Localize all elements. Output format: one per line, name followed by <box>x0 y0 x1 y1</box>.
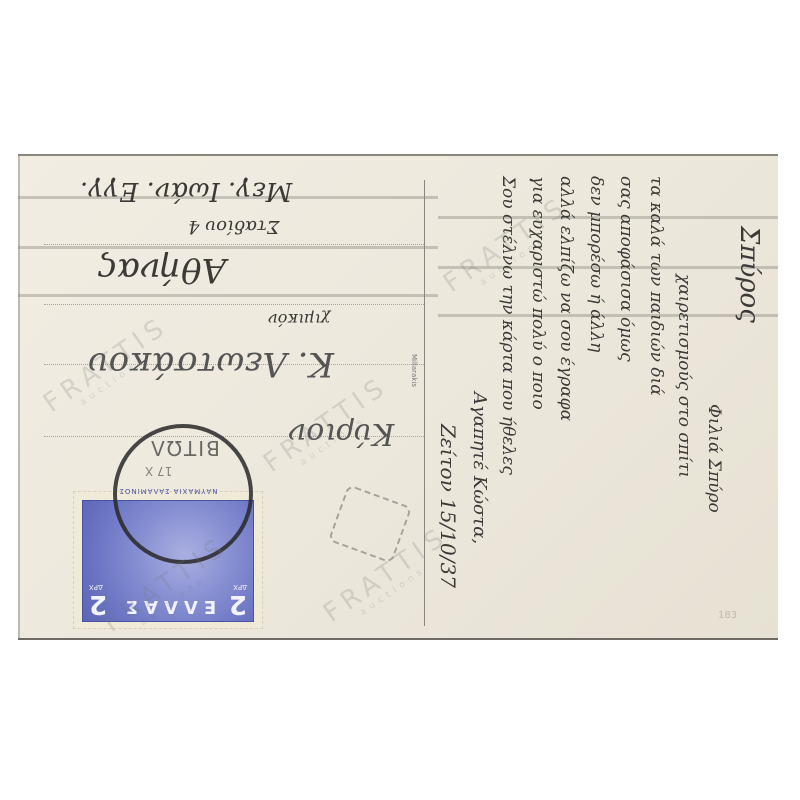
address-line-6: Μεγ. Ιωάν. Εγγ. <box>80 176 292 206</box>
address-line-4: Αθήνας <box>98 250 226 290</box>
machine-cancel-line <box>438 314 778 317</box>
address-line <box>44 244 424 245</box>
postmark-town: ΒΙΤΩΛ <box>149 436 220 460</box>
address-line <box>44 304 424 305</box>
address-line-5: Σταδίου 4 <box>188 216 280 237</box>
message-line: Φιλιά Σπύρο <box>704 404 724 513</box>
address-line-3: χιμικόν <box>268 310 331 329</box>
postmark-date: 17 Χ <box>145 464 172 478</box>
message-line: σας αποφάσισα όμως <box>616 176 636 362</box>
machine-cancel-line <box>18 246 438 249</box>
postmark-circle: ΒΙΤΩΛ 17 Χ <box>113 424 253 564</box>
machine-cancel-line <box>18 294 438 297</box>
postcard-back: Μεγ. Ιωάν. Εγγ. Σταδίου 4 Αθήνας χιμικόν… <box>18 154 778 640</box>
message-line: Αγαπητέ Κώστα, <box>469 392 490 544</box>
message-line: τα καλά των παιδιών διά <box>646 176 666 396</box>
message-signature: Σπύρος <box>734 226 764 323</box>
publisher-mark: Millarakis <box>410 354 418 387</box>
message-line: χαιρετισμούς στο σπίτι <box>674 274 694 478</box>
stamp-unit-right: ΔΡΧ <box>89 583 103 591</box>
message-line: δεν μπορέσω ή άλλη <box>586 176 606 352</box>
machine-cancel-line <box>438 216 778 219</box>
stamp-unit-left: ΔΡΧ <box>233 583 247 591</box>
edge-mark: 183 <box>718 610 737 621</box>
